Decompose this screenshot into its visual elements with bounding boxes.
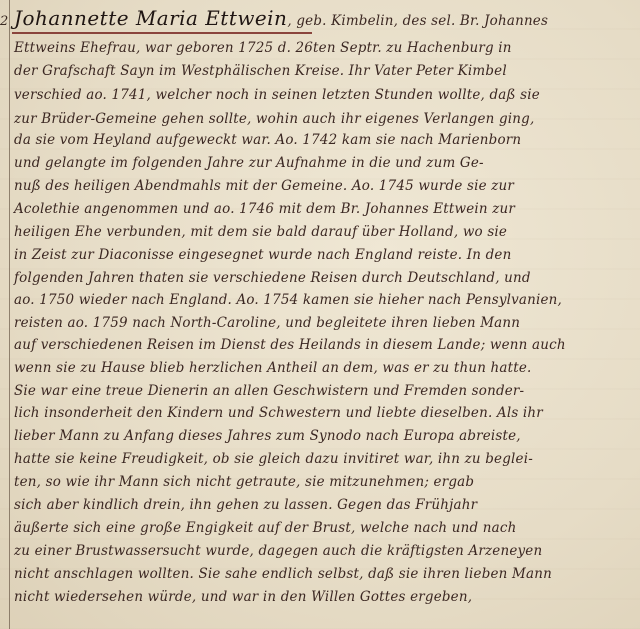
text-line: Acolethie angenommen und ao. 1746 mit de… [14,201,634,217]
text-line: da sie vom Heyland aufgeweckt war. Ao. 1… [14,132,634,148]
text-line: wenn sie zu Hause blieb herzlichen Anthe… [14,360,634,376]
text-line: lieber Mann zu Anfang dieses Jahres zum … [14,428,634,444]
text-line: der Grafschaft Sayn im Westphälischen Kr… [14,63,634,79]
text-line: Sie war eine treue Dienerin an allen Ges… [14,383,634,399]
margin-number: 2 [0,14,8,29]
subject-name: Johannette Maria Ettwein [14,6,287,30]
title-line: Johannette Maria Ettwein, geb. Kimbelin,… [14,6,634,30]
text-line: in Zeist zur Diaconisse eingesegnet wurd… [14,247,634,263]
text-line: sich aber kindlich drein, ihn gehen zu l… [14,497,634,513]
text-line: und gelangte im folgenden Jahre zur Aufn… [14,155,634,171]
text-line: ten, so wie ihr Mann sich nicht getraute… [14,474,634,490]
title-underline [12,32,312,34]
text-line: lich insonderheit den Kindern und Schwes… [14,405,634,421]
text-line: zu einer Brustwassersucht wurde, dagegen… [14,543,634,559]
text-line: ao. 1750 wieder nach England. Ao. 1754 k… [14,292,634,308]
title-continuation: , geb. Kimbelin, des sel. Br. Johannes [287,13,548,29]
text-line: verschied ao. 1741, welcher noch in sein… [14,87,634,103]
manuscript-page: 2 Johannette Maria Ettwein, geb. Kimbeli… [0,0,640,629]
text-line: reisten ao. 1759 nach North-Caroline, un… [14,315,634,331]
text-line: nicht anschlagen wollten. Sie sahe endli… [14,566,634,582]
text-line: nicht wiedersehen würde, und war in den … [14,589,634,605]
text-line: auf verschiedenen Reisen im Dienst des H… [14,337,634,353]
text-line: folgenden Jahren thaten sie verschiedene… [14,270,634,286]
margin-rule [9,0,10,629]
text-line: heiligen Ehe verbunden, mit dem sie bald… [14,224,634,240]
text-line: Ettweins Ehefrau, war geboren 1725 d. 26… [14,40,634,56]
text-line: zur Brüder-Gemeine gehen sollte, wohin a… [14,111,634,127]
text-line: äußerte sich eine große Engigkeit auf de… [14,520,634,536]
text-line: nuß des heiligen Abendmahls mit der Geme… [14,178,634,194]
text-line: hatte sie keine Freudigkeit, ob sie glei… [14,451,634,467]
